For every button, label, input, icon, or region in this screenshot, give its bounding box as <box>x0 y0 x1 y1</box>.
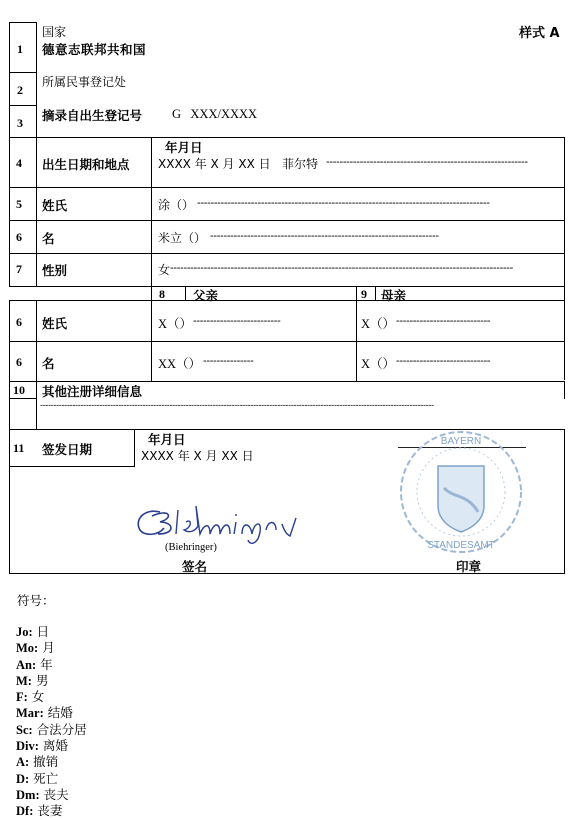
signature-scribble <box>130 500 310 550</box>
field-number-10: 10 <box>13 383 25 398</box>
country-caption: 国家 <box>42 23 66 40</box>
legend-value: 丧妻 <box>33 803 62 818</box>
legend-item: A: 撤销 <box>16 754 87 770</box>
parents-given-name-label: 名 <box>42 354 55 372</box>
field-number-2: 2 <box>17 83 23 98</box>
extract-value: G XXX/XXXX <box>172 107 257 122</box>
sex-label: 性别 <box>42 261 67 279</box>
legend-item: An: 年 <box>16 657 87 673</box>
legend-value: 月 <box>38 640 54 655</box>
legend-item: Mo: 月 <box>16 640 87 656</box>
father-number: 8 <box>159 287 165 302</box>
mother-number: 9 <box>361 287 367 302</box>
legend-item: D: 死亡 <box>16 771 87 787</box>
legend-value: 合法分居 <box>33 722 87 737</box>
legend-item: F: 女 <box>16 689 87 705</box>
field-number-5: 5 <box>16 197 22 212</box>
legend-item: Sc: 合法分居 <box>16 722 87 738</box>
other-details-dashes: ----------------------------------------… <box>40 400 550 410</box>
surname-dashes: ----------------------------------------… <box>197 197 490 209</box>
father-surname-dashes: -------------------------- <box>193 315 293 327</box>
form-label: 样式 A <box>519 22 560 41</box>
birth-label: 出生日期和地点 <box>42 155 130 173</box>
surname-label: 姓氏 <box>42 196 67 214</box>
parents-surname-label: 姓氏 <box>42 314 67 332</box>
legend-list: Jo: 日Mo: 月An: 年M: 男F: 女Mar: 结婚Sc: 合法分居Di… <box>16 624 87 820</box>
father-given-name-dashes: --------------- <box>203 355 259 367</box>
given-name-value: 米立（） <box>158 229 206 246</box>
legend-item: Div: 离婚 <box>16 738 87 754</box>
legend-key: Jo: <box>16 625 33 639</box>
father-header: 父亲 <box>193 286 218 304</box>
field-number-11: 11 <box>13 441 24 456</box>
legend-key: F: <box>16 690 28 704</box>
field-number-6: 6 <box>16 230 22 245</box>
surname-value: 涂（） <box>158 196 194 213</box>
mother-surname-dashes: ---------------------------- <box>396 315 504 327</box>
legend-value: 女 <box>28 689 44 704</box>
legend-title: 符号： <box>17 591 55 609</box>
issue-date-subheader: 年月日 <box>148 430 186 448</box>
legend-key: D: <box>16 772 29 786</box>
birth-date-subheader: 年月日 <box>165 138 203 156</box>
given-name-dashes: ----------------------------------------… <box>210 230 452 242</box>
legend-value: 男 <box>32 673 48 688</box>
field-number-4: 4 <box>16 156 22 171</box>
legend-item: Jo: 日 <box>16 624 87 640</box>
sex-dashes: ----------------------------------------… <box>170 262 536 274</box>
legend-key: Div: <box>16 739 39 753</box>
signature-caption: 签名 <box>182 557 207 575</box>
country-value: 德意志联邦共和国 <box>42 40 146 58</box>
legend-key: M: <box>16 674 32 688</box>
other-details-label: 其他注册详细信息 <box>42 382 142 400</box>
legend-value: 结婚 <box>44 705 73 720</box>
parents-row-number-given: 6 <box>16 355 22 370</box>
legend-key: Df: <box>16 804 33 818</box>
legend-value: 日 <box>33 624 49 639</box>
birth-dashes: ----------------------------------------… <box>326 156 536 168</box>
legend-value: 丧夫 <box>40 787 69 802</box>
legend-item: Dm: 丧夫 <box>16 787 87 803</box>
legend-value: 年 <box>36 657 52 672</box>
mother-surname-value: X（） <box>361 314 395 332</box>
field-number-3: 3 <box>17 116 23 131</box>
seal-caption: 印章 <box>456 557 481 575</box>
legend-key: An: <box>16 658 36 672</box>
legend-key: A: <box>16 755 29 769</box>
legend-key: Dm: <box>16 788 40 802</box>
legend-key: Mo: <box>16 641 38 655</box>
extract-label: 摘录自出生登记号 <box>42 106 142 124</box>
parents-row-number-surname: 6 <box>16 315 22 330</box>
registry-caption: 所属民事登记处 <box>42 73 126 90</box>
legend-key: Mar: <box>16 706 44 720</box>
signatory-printed-name: (Biehringer) <box>165 542 217 553</box>
mother-given-name-value: X（） <box>361 354 395 372</box>
mother-header: 母亲 <box>381 286 406 304</box>
sex-value: 女 <box>158 261 170 278</box>
legend-item: M: 男 <box>16 673 87 689</box>
field-number-7: 7 <box>16 262 22 277</box>
legend-value: 撤销 <box>29 754 58 769</box>
father-given-name-value: XX（） <box>158 354 201 372</box>
legend-item: Mar: 结婚 <box>16 705 87 721</box>
field-number-1: 1 <box>17 42 23 57</box>
given-name-label: 名 <box>42 229 55 247</box>
legend-key: Sc: <box>16 723 33 737</box>
father-surname-value: X（） <box>158 314 192 332</box>
legend-value: 死亡 <box>29 771 58 786</box>
legend-item: Df: 丧妻 <box>16 803 87 819</box>
issue-date-value: XXXX 年 X 月 XX 日 <box>141 447 254 464</box>
svg-text:STANDESAMT: STANDESAMT <box>427 540 495 551</box>
svg-text:BAYERN: BAYERN <box>441 436 481 447</box>
mother-given-name-dashes: ---------------------------- <box>396 355 504 367</box>
official-seal-stamp: BAYERN STANDESAMT <box>398 428 528 558</box>
issue-date-label: 签发日期 <box>42 440 92 458</box>
birth-value: XXXX 年 X 月 XX 日 菲尔特 <box>158 155 318 172</box>
legend-value: 离婚 <box>39 738 68 753</box>
